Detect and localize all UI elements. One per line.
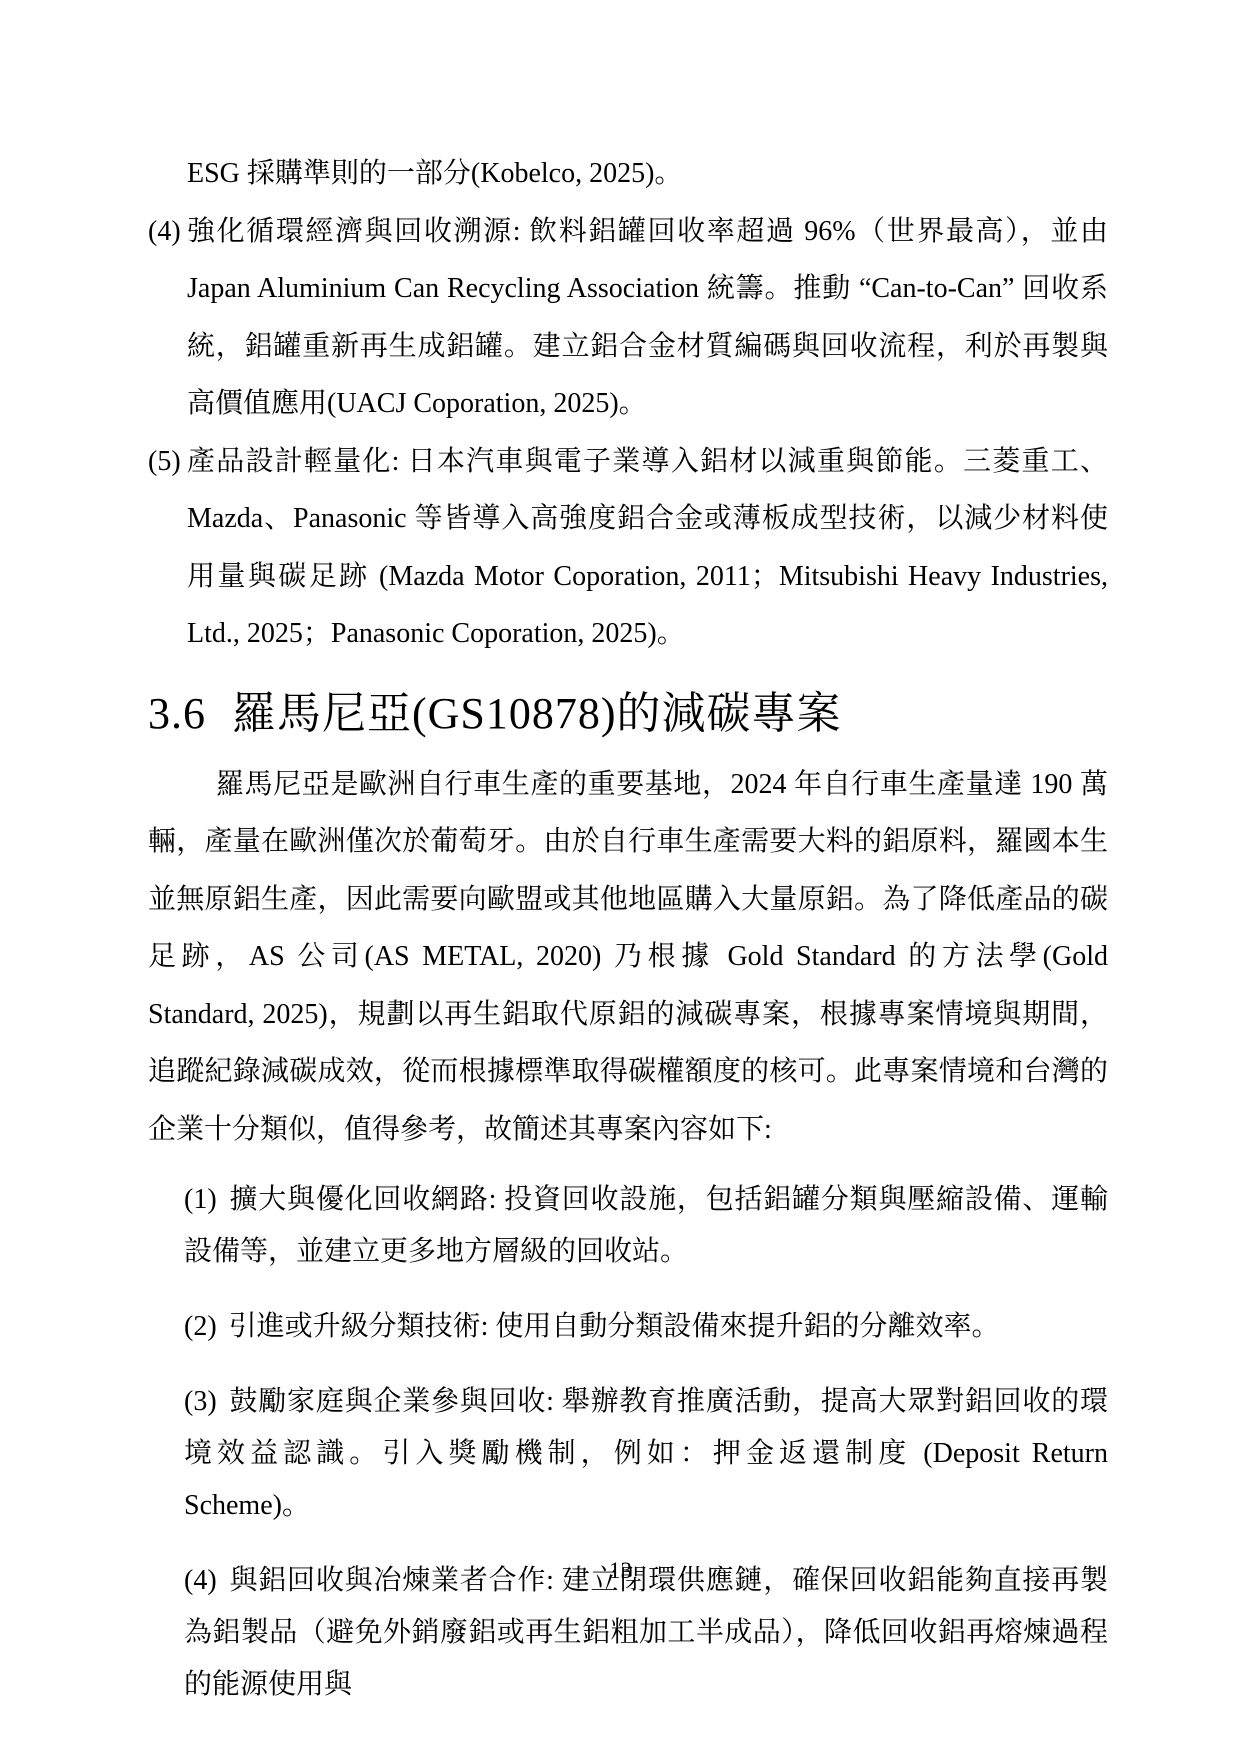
measure-item-2-marker: (2) bbox=[184, 1311, 217, 1342]
section-heading: 3.6羅馬尼亞(GS10878)的減碳專案 bbox=[148, 687, 1108, 741]
measure-item-1-marker: (1) bbox=[184, 1184, 217, 1215]
document-page: ESG 採購準則的一部分(Kobelco, 2025)。 (4)強化循環經濟與回… bbox=[0, 0, 1241, 1755]
list-item-5-marker: (5) bbox=[148, 433, 181, 491]
project-measures-list: (1)擴大與優化回收網路: 投資回收設施，包括鋁罐分類與壓縮設備、運輸設備等，並… bbox=[184, 1174, 1108, 1711]
list-item-4-marker: (4) bbox=[148, 203, 181, 261]
measure-item-3-marker: (3) bbox=[184, 1386, 217, 1417]
section-title: 羅馬尼亞(GS10878)的減碳專案 bbox=[232, 689, 842, 738]
list-item-4-text: 強化循環經濟與回收溯源: 飲料鋁罐回收率超過 96%（世界最高），並由 Japa… bbox=[187, 216, 1108, 420]
section-number: 3.6 bbox=[148, 689, 206, 738]
page-number: 13 bbox=[0, 1557, 1241, 1585]
measure-item-1: (1)擴大與優化回收網路: 投資回收設施，包括鋁罐分類與壓縮設備、運輸設備等，並… bbox=[184, 1174, 1108, 1278]
section-paragraph: 羅馬尼亞是歐洲自行車生產的重要基地，2024 年自行車生產量達 190 萬輛，產… bbox=[148, 756, 1108, 1159]
measure-item-1-text: 擴大與優化回收網路: 投資回收設施，包括鋁罐分類與壓縮設備、運輸設備等，並建立更… bbox=[184, 1184, 1108, 1267]
measure-item-2: (2)引進或升級分類技術: 使用自動分類設備來提升鋁的分離效率。 bbox=[184, 1301, 1108, 1353]
page-content: ESG 採購準則的一部分(Kobelco, 2025)。 (4)強化循環經濟與回… bbox=[148, 145, 1108, 1711]
list-item-4: (4)強化循環經濟與回收溯源: 飲料鋁罐回收率超過 96%（世界最高），並由 J… bbox=[148, 203, 1108, 433]
measure-item-4-text: 與鋁回收與冶煉業者合作: 建立閉環供應鏈，確保回收鋁能夠直接再製為鋁製品（避免外… bbox=[184, 1565, 1108, 1700]
list-item-5: (5)產品設計輕量化: 日本汽車與電子業導入鋁材以減重與節能。三菱重工、Mazd… bbox=[148, 433, 1108, 663]
measure-item-3: (3)鼓勵家庭與企業參與回收: 舉辦教育推廣活動，提高大眾對鋁回收的環境效益認識… bbox=[184, 1376, 1108, 1532]
list-item-continuation-line: ESG 採購準則的一部分(Kobelco, 2025)。 bbox=[148, 145, 1108, 203]
measure-item-3-text: 鼓勵家庭與企業參與回收: 舉辦教育推廣活動，提高大眾對鋁回收的環境效益認識。引入… bbox=[184, 1386, 1108, 1521]
measure-item-2-text: 引進或升級分類技術: 使用自動分類設備來提升鋁的分離效率。 bbox=[229, 1311, 1000, 1342]
list-item-5-text: 產品設計輕量化: 日本汽車與電子業導入鋁材以減重與節能。三菱重工、Mazda、P… bbox=[187, 446, 1108, 650]
